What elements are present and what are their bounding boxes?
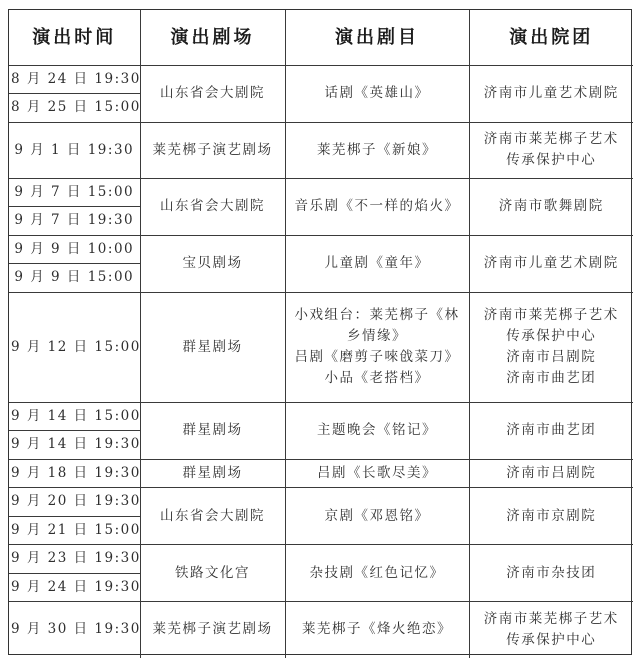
program-line: 吕剧《长歌尽美》 [288, 463, 467, 484]
table-row: 9 月 1 日 19:30 莱芜梆子演艺剧场 莱芜梆子《新娘》 济南市莱芜梆子艺… [9, 122, 633, 178]
troupe-cell: 济南市儿童艺术剧院 [469, 235, 633, 292]
troupe-line: 传承保护中心 [472, 326, 632, 347]
venue-cell: 山东省会大剧院 [140, 65, 285, 122]
program-line: 杂技剧《红色记忆》 [288, 563, 467, 584]
header-time: 演出时间 [9, 10, 140, 65]
program-line: 主题晚会《铭记》 [288, 420, 467, 441]
table-row: 9 月 20 日 19:30 山东省会大剧院 京剧《邓恩铭》 济南市京剧院 [9, 488, 633, 517]
header-row: 演出时间 演出剧场 演出剧目 演出院团 [9, 10, 633, 65]
program-line: 小戏组台：莱芜梆子《林 [288, 305, 467, 326]
performance-schedule-sheet: 演出时间 演出剧场 演出剧目 演出院团 8 月 24 日 19:30 山东省会大… [8, 9, 632, 655]
program-cell: 吕剧《长歌尽美》 [285, 459, 469, 488]
program-cell: 莱芜梆子《新娘》 [285, 122, 469, 178]
program-line: 乡情缘》 [288, 326, 467, 347]
program-line: 吕剧《磨剪子唻戗菜刀》 [288, 347, 467, 368]
program-line: 话剧《英雄山》 [288, 83, 467, 104]
time-cell: 9 月 1 日 19:30 [9, 122, 140, 178]
time-cell: 9 月 18 日 19:30 [9, 459, 140, 488]
troupe-cell: 济南市京剧院 [469, 488, 633, 545]
program-cell: 主题晚会《铭记》 [285, 402, 469, 459]
venue-cell: 群星剧场 [140, 402, 285, 459]
time-cell: 9 月 30 日 19:30 [9, 602, 140, 658]
table-row: 8 月 24 日 19:30 山东省会大剧院 话剧《英雄山》 济南市儿童艺术剧院 [9, 65, 633, 94]
program-cell: 儿童剧《童年》 [285, 235, 469, 292]
time-cell: 9 月 21 日 15:00 [9, 516, 140, 545]
program-cell: 京剧《邓恩铭》 [285, 488, 469, 545]
time-cell: 9 月 23 日 19:30 [9, 545, 140, 574]
venue-cell: 铁路文化宫 [140, 545, 285, 602]
header-program: 演出剧目 [285, 10, 469, 65]
troupe-line: 济南市曲艺团 [472, 368, 632, 389]
time-cell: 9 月 9 日 15:00 [9, 264, 140, 293]
troupe-cell: 济南市杂技团 [469, 545, 633, 602]
troupe-line: 济南市莱芜梆子艺术 [472, 609, 632, 630]
troupe-cell: 济南市莱芜梆子艺术 传承保护中心 [469, 122, 633, 178]
troupe-line: 济南市吕剧院 [472, 347, 632, 368]
troupe-cell: 济南市儿童艺术剧院 [469, 65, 633, 122]
venue-cell: 莱芜梆子演艺剧场 [140, 602, 285, 658]
program-line: 小品《老搭档》 [288, 368, 467, 389]
table-row: 9 月 12 日 15:00 群星剧场 小戏组台：莱芜梆子《林 乡情缘》 吕剧《… [9, 292, 633, 402]
time-cell: 9 月 14 日 19:30 [9, 431, 140, 460]
troupe-cell: 济南市歌舞剧院 [469, 178, 633, 235]
table-row: 9 月 18 日 19:30 群星剧场 吕剧《长歌尽美》 济南市吕剧院 [9, 459, 633, 488]
venue-cell: 群星剧场 [140, 459, 285, 488]
time-cell: 8 月 25 日 15:00 [9, 94, 140, 123]
program-cell: 小戏组台：莱芜梆子《林 乡情缘》 吕剧《磨剪子唻戗菜刀》 小品《老搭档》 [285, 292, 469, 402]
table-row: 9 月 30 日 19:30 莱芜梆子演艺剧场 莱芜梆子《烽火绝恋》 济南市莱芜… [9, 602, 633, 658]
troupe-line: 济南市京剧院 [472, 506, 632, 527]
venue-cell: 莱芜梆子演艺剧场 [140, 122, 285, 178]
troupe-line: 济南市歌舞剧院 [472, 196, 632, 217]
time-cell: 9 月 14 日 15:00 [9, 402, 140, 431]
program-line: 儿童剧《童年》 [288, 253, 467, 274]
troupe-cell: 济南市曲艺团 [469, 402, 633, 459]
time-cell: 9 月 7 日 19:30 [9, 207, 140, 236]
troupe-cell: 济南市吕剧院 [469, 459, 633, 488]
venue-cell: 山东省会大剧院 [140, 488, 285, 545]
troupe-line: 济南市儿童艺术剧院 [472, 253, 632, 274]
venue-cell: 宝贝剧场 [140, 235, 285, 292]
program-cell: 音乐剧《不一样的焰火》 [285, 178, 469, 235]
table-row: 9 月 14 日 15:00 群星剧场 主题晚会《铭记》 济南市曲艺团 [9, 402, 633, 431]
performance-schedule-table: 演出时间 演出剧场 演出剧目 演出院团 8 月 24 日 19:30 山东省会大… [9, 10, 633, 658]
program-line: 音乐剧《不一样的焰火》 [288, 196, 467, 217]
table-row: 9 月 7 日 15:00 山东省会大剧院 音乐剧《不一样的焰火》 济南市歌舞剧… [9, 178, 633, 207]
program-cell: 话剧《英雄山》 [285, 65, 469, 122]
table-row: 9 月 23 日 19:30 铁路文化宫 杂技剧《红色记忆》 济南市杂技团 [9, 545, 633, 574]
program-line: 莱芜梆子《新娘》 [288, 140, 467, 161]
troupe-cell: 济南市莱芜梆子艺术 传承保护中心 [469, 602, 633, 658]
program-cell: 杂技剧《红色记忆》 [285, 545, 469, 602]
time-cell: 9 月 7 日 15:00 [9, 178, 140, 207]
troupe-line: 济南市吕剧院 [472, 463, 632, 484]
troupe-line: 济南市曲艺团 [472, 420, 632, 441]
program-cell: 莱芜梆子《烽火绝恋》 [285, 602, 469, 658]
venue-cell: 山东省会大剧院 [140, 178, 285, 235]
program-line: 京剧《邓恩铭》 [288, 506, 467, 527]
time-cell: 9 月 9 日 10:00 [9, 235, 140, 264]
troupe-line: 济南市儿童艺术剧院 [472, 83, 632, 104]
venue-cell: 群星剧场 [140, 292, 285, 402]
troupe-line: 济南市杂技团 [472, 563, 632, 584]
program-line: 莱芜梆子《烽火绝恋》 [288, 619, 467, 640]
table-row: 9 月 9 日 10:00 宝贝剧场 儿童剧《童年》 济南市儿童艺术剧院 [9, 235, 633, 264]
header-venue: 演出剧场 [140, 10, 285, 65]
troupe-line: 传承保护中心 [472, 150, 632, 171]
time-cell: 9 月 12 日 15:00 [9, 292, 140, 402]
time-cell: 8 月 24 日 19:30 [9, 65, 140, 94]
troupe-line: 济南市莱芜梆子艺术 [472, 129, 632, 150]
time-cell: 9 月 24 日 19:30 [9, 573, 140, 602]
troupe-line: 传承保护中心 [472, 630, 632, 651]
troupe-line: 济南市莱芜梆子艺术 [472, 305, 632, 326]
troupe-cell: 济南市莱芜梆子艺术 传承保护中心 济南市吕剧院 济南市曲艺团 [469, 292, 633, 402]
header-troupe: 演出院团 [469, 10, 633, 65]
time-cell: 9 月 20 日 19:30 [9, 488, 140, 517]
